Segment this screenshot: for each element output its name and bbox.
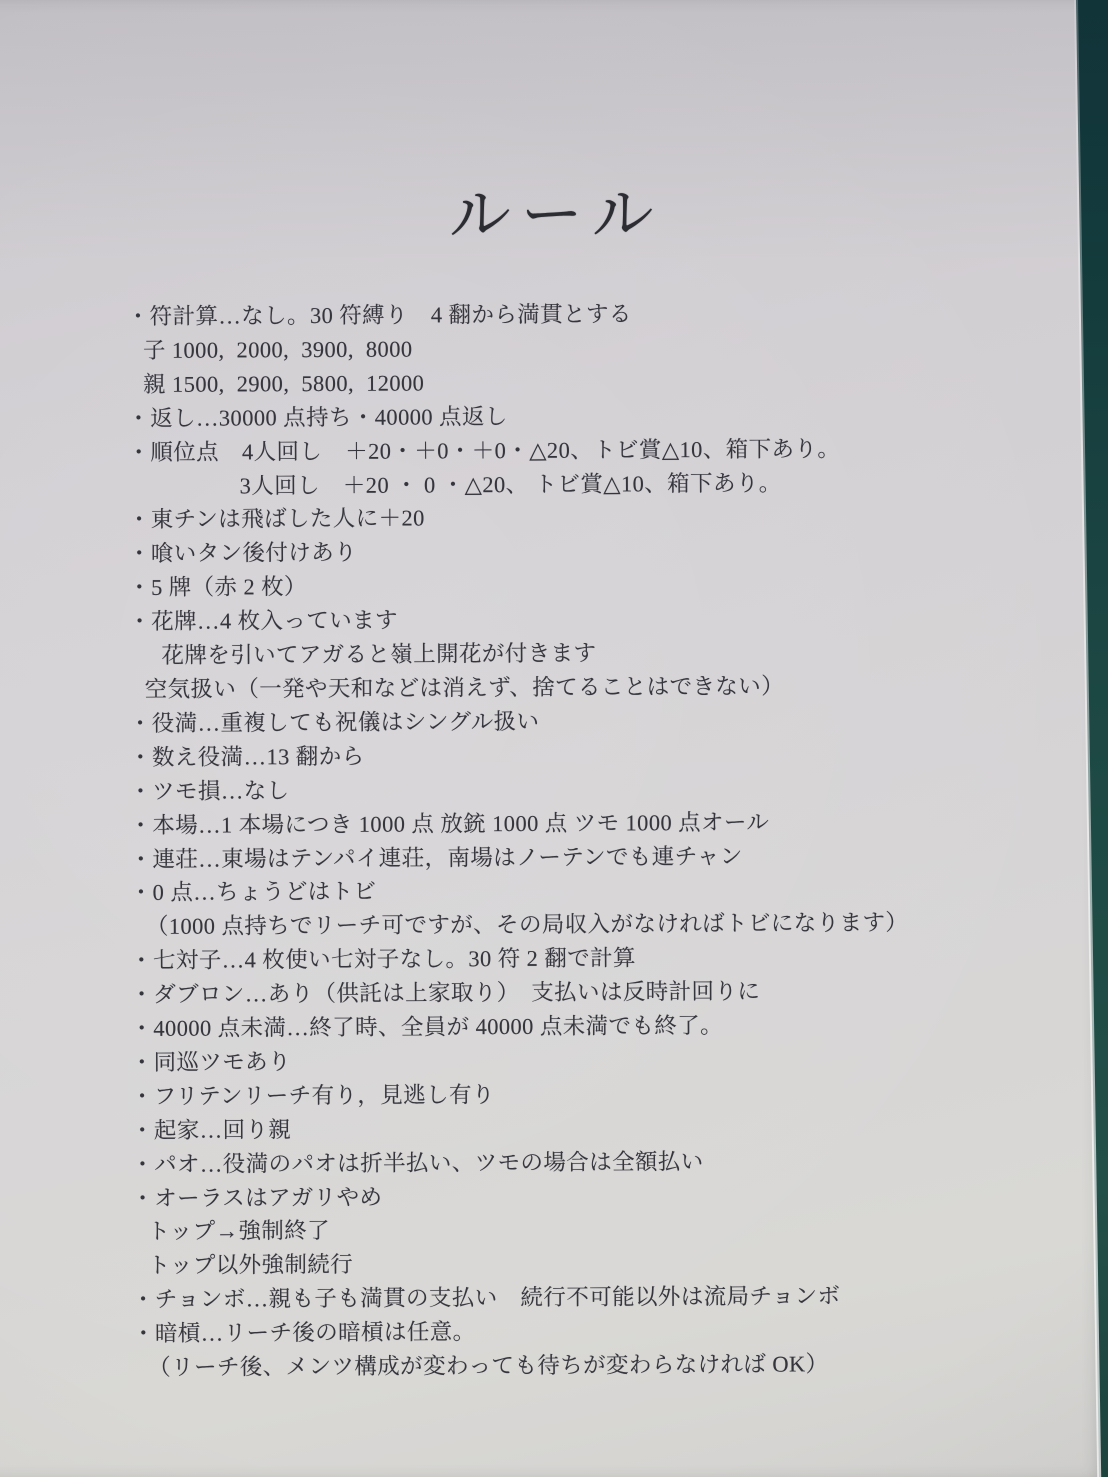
rule-line: 空気扱い（一発や天和などは消えず、捨てることはできない） bbox=[129, 668, 989, 706]
rule-line: ・喰いタン後付けあり bbox=[128, 533, 988, 571]
rule-line: （1000 点持ちでリーチ可ですが、その局収入がなければトビになります） bbox=[130, 906, 990, 944]
rule-line: 花牌を引いてアガると嶺上開花が付きます bbox=[128, 635, 988, 673]
rule-line: トップ→強制終了 bbox=[131, 1211, 991, 1249]
rule-line: ・起家…回り親 bbox=[131, 1109, 991, 1147]
rule-line: ・東チンは飛ばした人に＋20 bbox=[128, 499, 988, 537]
rules-list: ・符計算…なし。30 符縛り 4 翻から満貫とする子 1000, 2000, 3… bbox=[127, 295, 993, 1384]
rule-line: ・フリテンリーチ有り，見逃し有り bbox=[131, 1075, 991, 1113]
rule-line: ・花牌…4 枚入っています bbox=[128, 601, 988, 639]
paper-sheet: ルール ・符計算…なし。30 符縛り 4 翻から満貫とする子 1000, 200… bbox=[0, 0, 1108, 1477]
rule-line: 子 1000, 2000, 3900, 8000 bbox=[127, 329, 987, 367]
rule-line: ・順位点 4人回し ＋20・＋0・＋0・△20、トビ賞△10、箱下あり。 bbox=[127, 431, 987, 469]
rule-line: ・ダブロン…あり（供託は上家取り） 支払いは反時計回りに bbox=[130, 974, 990, 1012]
rule-line: ・役満…重複しても祝儀はシングル扱い bbox=[129, 702, 989, 740]
rule-line: ・同巡ツモあり bbox=[131, 1041, 991, 1079]
rule-line: ・40000 点未満…終了時、全員が 40000 点未満でも終了。 bbox=[130, 1008, 990, 1046]
rule-line: ・本場…1 本場につき 1000 点 放銃 1000 点 ツモ 1000 点オー… bbox=[129, 804, 989, 842]
rule-line: ・チョンボ…親も子も満貫の支払い 続行不可能以外は流局チョンボ bbox=[132, 1279, 992, 1317]
rule-line: ・0 点…ちょうどはトビ bbox=[130, 872, 990, 910]
photo-background: ルール ・符計算…なし。30 符縛り 4 翻から満貫とする子 1000, 200… bbox=[0, 0, 1108, 1477]
rule-line: ・返し…30000 点持ち・40000 点返し bbox=[127, 397, 987, 435]
rule-line: ・オーラスはアガリやめ bbox=[131, 1177, 991, 1215]
rule-line: 親 1500, 2900, 5800, 12000 bbox=[127, 363, 987, 401]
rule-line: 3人回し ＋20 ・ 0 ・△20、 トビ賞△10、箱下あり。 bbox=[128, 465, 988, 503]
rules-document: ルール ・符計算…なし。30 符縛り 4 翻から満貫とする子 1000, 200… bbox=[126, 173, 992, 1384]
rule-line: ・パオ…役満のパオは折半払い、ツモの場合は全額払い bbox=[131, 1143, 991, 1181]
rule-line: ・暗槓…リーチ後の暗槓は任意。 bbox=[132, 1313, 992, 1351]
page-title: ルール bbox=[126, 173, 986, 264]
rule-line: （リーチ後、メンツ構成が変わっても待ちが変わらなければ OK） bbox=[132, 1347, 992, 1385]
rule-line: ・符計算…なし。30 符縛り 4 翻から満貫とする bbox=[127, 295, 987, 333]
rule-line: ・数え役満…13 翻から bbox=[129, 736, 989, 774]
rule-line: ・七対子…4 枚使い七対子なし。30 符 2 翻で計算 bbox=[130, 940, 990, 978]
rule-line: トップ以外強制続行 bbox=[132, 1245, 992, 1283]
rule-line: ・ツモ損…なし bbox=[129, 770, 989, 808]
rule-line: ・5 牌（赤 2 枚） bbox=[128, 567, 988, 605]
rule-line: ・連荘…東場はテンパイ連荘，南場はノーテンでも連チャン bbox=[129, 838, 989, 876]
